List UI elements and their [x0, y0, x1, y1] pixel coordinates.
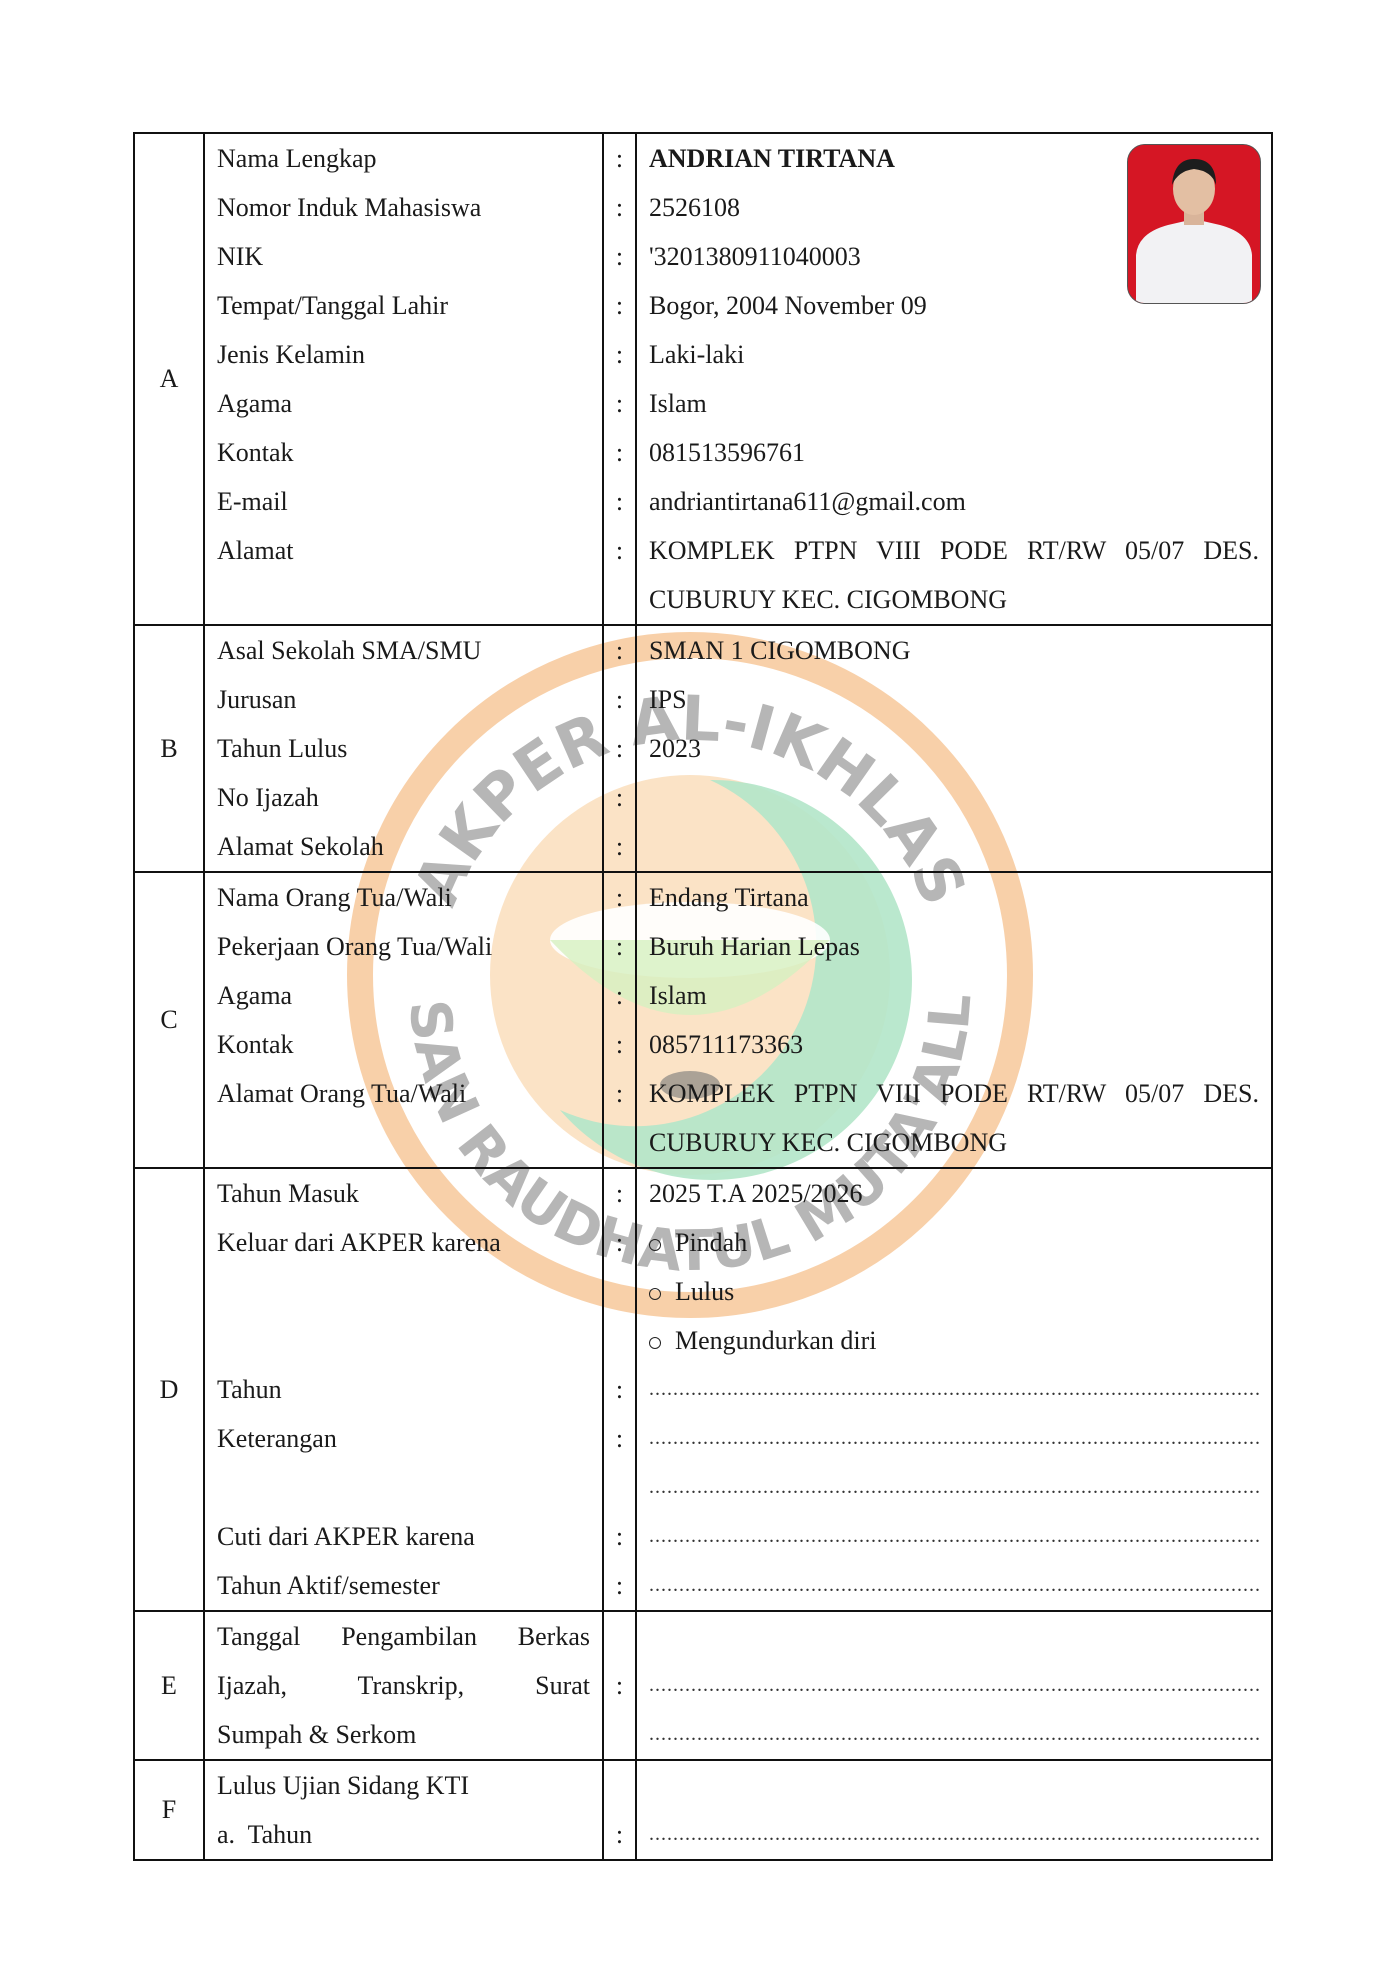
label-pekerjaan-ortu: Pekerjaan Orang Tua/Wali [217, 922, 602, 971]
label-keterangan: Keterangan [217, 1414, 602, 1463]
value-alamat-sekolah [649, 822, 1259, 871]
colon: : [604, 626, 635, 675]
colon: : [604, 873, 635, 922]
label-nim: Nomor Induk Mahasiswa [217, 183, 602, 232]
label-no-ijazah: No Ijazah [217, 773, 602, 822]
section-letter: A [134, 133, 204, 625]
label-alamat-sekolah: Alamat Sekolah [217, 822, 602, 871]
student-data-table: A Nama Lengkap Nomor Induk Mahasiswa NIK… [133, 132, 1273, 1861]
label-asal-sekolah: Asal Sekolah SMA/SMU [217, 626, 602, 675]
value-alamat-ortu-line1: KOMPLEK PTPN VIII PODE RT/RW 05/07 DES. [649, 1069, 1259, 1118]
section-e: E Tanggal Pengambilan Berkas Ijazah, Tra… [134, 1611, 1272, 1760]
fill-keterangan-1[interactable]: ........................................… [649, 1414, 1259, 1463]
label-tahun-sidang: a. Tahun [217, 1810, 602, 1859]
colon: : [604, 1218, 635, 1267]
value-email: andriantirtana611@gmail.com [649, 477, 1259, 526]
radio-circle-icon[interactable] [649, 1239, 661, 1251]
colon: : [604, 922, 635, 971]
colon: : [604, 1512, 635, 1561]
label-kontak-ortu: Kontak [217, 1020, 602, 1069]
value-pekerjaan-ortu: Buruh Harian Lepas [649, 922, 1259, 971]
label-cuti: Cuti dari AKPER karena [217, 1512, 602, 1561]
section-f: F Lulus Ujian Sidang KTI a. Tahun : ....… [134, 1760, 1272, 1860]
value-nama-ortu: Endang Tirtana [649, 873, 1259, 922]
colon: : [604, 379, 635, 428]
option-lulus[interactable]: Lulus [649, 1267, 1259, 1316]
option-mengundurkan-diri[interactable]: Mengundurkan diri [649, 1316, 1259, 1365]
label-agama: Agama [217, 379, 602, 428]
label-alamat-ortu: Alamat Orang Tua/Wali [217, 1069, 602, 1118]
label-tahun-masuk: Tahun Masuk [217, 1169, 602, 1218]
option-pindah[interactable]: Pindah [649, 1218, 1259, 1267]
value-jenis-kelamin: Laki-laki [649, 330, 1259, 379]
fill-tahun[interactable]: ........................................… [649, 1365, 1259, 1414]
colon: : [604, 477, 635, 526]
colon: : [604, 1561, 635, 1610]
label-tahun-aktif: Tahun Aktif/semester [217, 1561, 602, 1610]
label-jurusan: Jurusan [217, 675, 602, 724]
value-no-ijazah [649, 773, 1259, 822]
label-tanggal-pengambilan-2: Ijazah, Transkrip, Surat [217, 1661, 590, 1710]
radio-circle-icon[interactable] [649, 1337, 661, 1349]
colon: : [604, 134, 635, 183]
label-nama-lengkap: Nama Lengkap [217, 134, 602, 183]
radio-circle-icon[interactable] [649, 1288, 661, 1300]
colon: : [604, 1169, 635, 1218]
value-tahun-lulus: 2023 [649, 724, 1259, 773]
label-tanggal-pengambilan-3: Sumpah & Serkom [217, 1710, 590, 1759]
colon: : [604, 971, 635, 1020]
label-agama-ortu: Agama [217, 971, 602, 1020]
label-keluar: Keluar dari AKPER karena [217, 1218, 602, 1267]
colon: : [604, 428, 635, 477]
value-agama: Islam [649, 379, 1259, 428]
label-nama-ortu: Nama Orang Tua/Wali [217, 873, 602, 922]
value-alamat-line2: CUBURUY KEC. CIGOMBONG [649, 575, 1259, 624]
section-letter: F [134, 1760, 204, 1860]
colon: : [604, 1365, 635, 1414]
fill-tanggal-1[interactable]: ........................................… [649, 1661, 1259, 1710]
colon: : [604, 675, 635, 724]
person-photo-icon [1128, 145, 1260, 303]
value-agama-ortu: Islam [649, 971, 1259, 1020]
label-jenis-kelamin: Jenis Kelamin [217, 330, 602, 379]
label-alamat: Alamat [217, 526, 602, 575]
label-nik: NIK [217, 232, 602, 281]
section-b: B Asal Sekolah SMA/SMU Jurusan Tahun Lul… [134, 625, 1272, 872]
value-alamat-line1: KOMPLEK PTPN VIII PODE RT/RW 05/07 DES. [649, 526, 1259, 575]
section-letter: B [134, 625, 204, 872]
colon: : [604, 773, 635, 822]
fill-tanggal-2[interactable]: ........................................… [649, 1710, 1259, 1759]
colon: : [604, 1661, 635, 1710]
label-email: E-mail [217, 477, 602, 526]
student-photo [1127, 144, 1261, 304]
label-tahun: Tahun [217, 1365, 602, 1414]
label-tahun-lulus: Tahun Lulus [217, 724, 602, 773]
value-asal-sekolah: SMAN 1 CIGOMBONG [649, 626, 1259, 675]
value-kontak-ortu: 085711173363 [649, 1020, 1259, 1069]
colon: : [604, 822, 635, 871]
section-d: D Tahun Masuk Keluar dari AKPER karena T… [134, 1168, 1272, 1611]
colon: : [604, 724, 635, 773]
colon: : [604, 526, 635, 575]
section-c: C Nama Orang Tua/Wali Pekerjaan Orang Tu… [134, 872, 1272, 1168]
value-alamat-ortu-line2: CUBURUY KEC. CIGOMBONG [649, 1118, 1259, 1167]
colon: : [604, 1020, 635, 1069]
value-kontak: 081513596761 [649, 428, 1259, 477]
section-letter: E [134, 1611, 204, 1760]
colon: : [604, 281, 635, 330]
fill-keterangan-2[interactable]: ........................................… [649, 1463, 1259, 1512]
fill-cuti[interactable]: ........................................… [649, 1512, 1259, 1561]
colon: : [604, 183, 635, 232]
value-tahun-masuk: 2025 T.A 2025/2026 [649, 1169, 1259, 1218]
label-tanggal-pengambilan-1: Tanggal Pengambilan Berkas [217, 1612, 590, 1661]
section-letter: C [134, 872, 204, 1168]
value-jurusan: IPS [649, 675, 1259, 724]
section-letter: D [134, 1168, 204, 1611]
label-kontak: Kontak [217, 428, 602, 477]
label-lulus-sidang: Lulus Ujian Sidang KTI [217, 1761, 602, 1810]
colon: : [604, 1069, 635, 1118]
colon: : [604, 232, 635, 281]
label-ttl: Tempat/Tanggal Lahir [217, 281, 602, 330]
fill-tahun-aktif[interactable]: ........................................… [649, 1561, 1259, 1610]
colon: : [604, 1810, 635, 1859]
section-a: A Nama Lengkap Nomor Induk Mahasiswa NIK… [134, 133, 1272, 625]
colon: : [604, 330, 635, 379]
colon: : [604, 1414, 635, 1463]
fill-tahun-sidang[interactable]: ........................................… [649, 1810, 1259, 1859]
